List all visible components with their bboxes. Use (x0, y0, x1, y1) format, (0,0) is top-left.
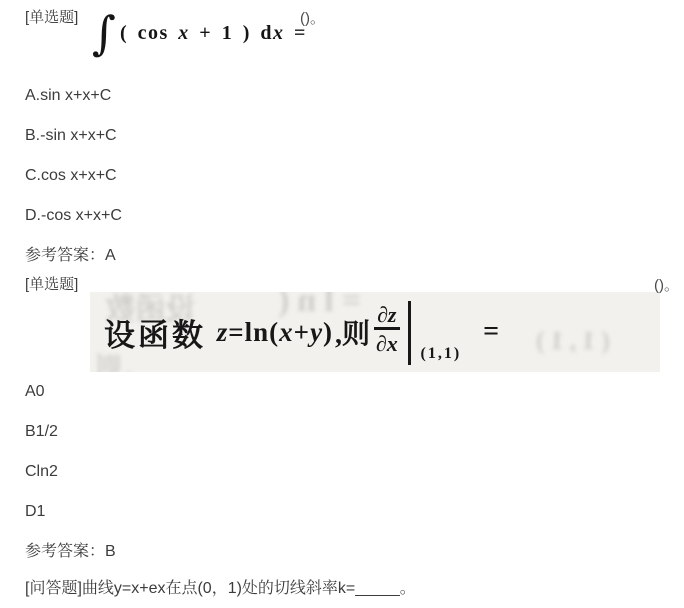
formula2-plus: + (294, 317, 310, 348)
formula2-close-paren: ) (323, 317, 333, 348)
question2-option-d: D1 (25, 503, 45, 521)
question1-option-d: D.-cos x+x+C (25, 207, 122, 225)
integral-sign: ∫ (92, 12, 116, 56)
formula2-prefix: 设函数 (104, 310, 217, 355)
question2-answer: 参考答案：B (25, 543, 116, 561)
scan-bleed-artifact: (1,1) (530, 326, 610, 356)
question1-type-label: [单选题] (25, 10, 78, 27)
formula2-z: z (217, 317, 229, 348)
formula1-mid: + 1 ) d (190, 22, 273, 44)
question2-blank-parens: ()。 (654, 274, 679, 295)
question1-option-a: A.sin x+x+C (25, 87, 111, 105)
formula2-y: y (310, 317, 323, 348)
question2-formula-image: 设函数 =ln( (1,1) ,则 设函数 z=ln(x+y),则 ∂z ∂x … (90, 292, 660, 372)
question2-type-label: [单选题] (25, 277, 78, 294)
question1-blank-parens: ()。 (300, 7, 325, 28)
evaluation-bar-group: (1,1) (408, 299, 462, 365)
formula1-x1: x (178, 22, 190, 44)
question1-option-c: C.cos x+x+C (25, 167, 117, 185)
formula2-comma-then: ,则 (335, 312, 370, 352)
question3-text: [问答题]曲线y=x+ex在点(0，1)处的切线斜率k=_____。 (25, 580, 416, 598)
question2-formula-body: 设函数 z=ln(x+y),则 ∂z ∂x (1,1) = (104, 299, 499, 365)
formula1-x2: x (273, 22, 285, 44)
partial-derivative-fraction: ∂z ∂x (374, 303, 399, 355)
question2-option-b: B1/2 (25, 423, 58, 441)
question1-formula-image: ∫ ( cos x + 1 ) dx = (92, 12, 307, 56)
question2-option-a: A0 (25, 383, 45, 401)
question1-answer: 参考答案：A (25, 247, 116, 265)
fraction-numerator: ∂z (374, 303, 399, 330)
question1-formula-body: ( cos x + 1 ) dx = (120, 22, 307, 45)
formula1-open: ( cos (120, 22, 178, 44)
question1-option-b: B.-sin x+x+C (25, 127, 117, 145)
evaluation-point: (1,1) (421, 345, 462, 363)
evaluation-bar (408, 301, 411, 365)
question2-option-c: Cln2 (25, 463, 58, 481)
formula2-equals: = (483, 316, 499, 348)
formula2-eq-ln: =ln( (228, 317, 279, 348)
fraction-denominator: ∂x (376, 330, 398, 355)
exam-document-page: [单选题] ∫ ( cos x + 1 ) dx = ()。 A.sin x+x… (0, 0, 684, 608)
formula2-x: x (279, 317, 294, 348)
